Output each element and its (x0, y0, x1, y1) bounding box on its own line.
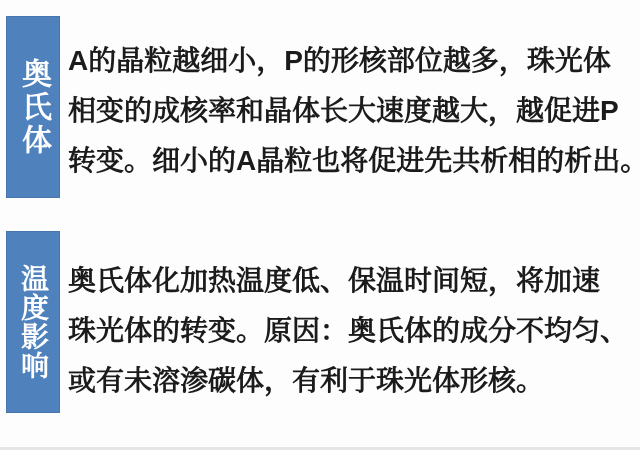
text-line: 转变。细小的A晶粒也将促进先共析相的析出。 (68, 136, 640, 186)
text-line: 奥氏体化加热温度低、保温时间短，将加速 (68, 256, 640, 306)
section-content-austenite: A的晶粒越细小，P的形核部位越多，珠光体 相变的成核率和晶体长大速度越大，越促进… (68, 36, 640, 186)
section-tab-temperature: 温度影响 (6, 231, 60, 413)
section-tab-label-temperature: 温度影响 (6, 264, 60, 380)
text-line: 或有未溶渗碳体，有利于珠光体形核。 (68, 356, 640, 406)
document-page: 奥氏体 A的晶粒越细小，P的形核部位越多，珠光体 相变的成核率和晶体长大速度越大… (0, 0, 640, 450)
section-content-temperature: 奥氏体化加热温度低、保温时间短，将加速 珠光体的转变。原因：奥氏体的成分不均匀、… (68, 256, 640, 406)
section-tab-label-austenite: 奥氏体 (6, 58, 60, 157)
text-line: 珠光体的转变。原因：奥氏体的成分不均匀、 (68, 306, 640, 356)
text-line: A的晶粒越细小，P的形核部位越多，珠光体 (68, 36, 640, 86)
section-tab-austenite: 奥氏体 (6, 16, 60, 198)
text-line: 相变的成核率和晶体长大速度越大，越促进P (68, 86, 640, 136)
